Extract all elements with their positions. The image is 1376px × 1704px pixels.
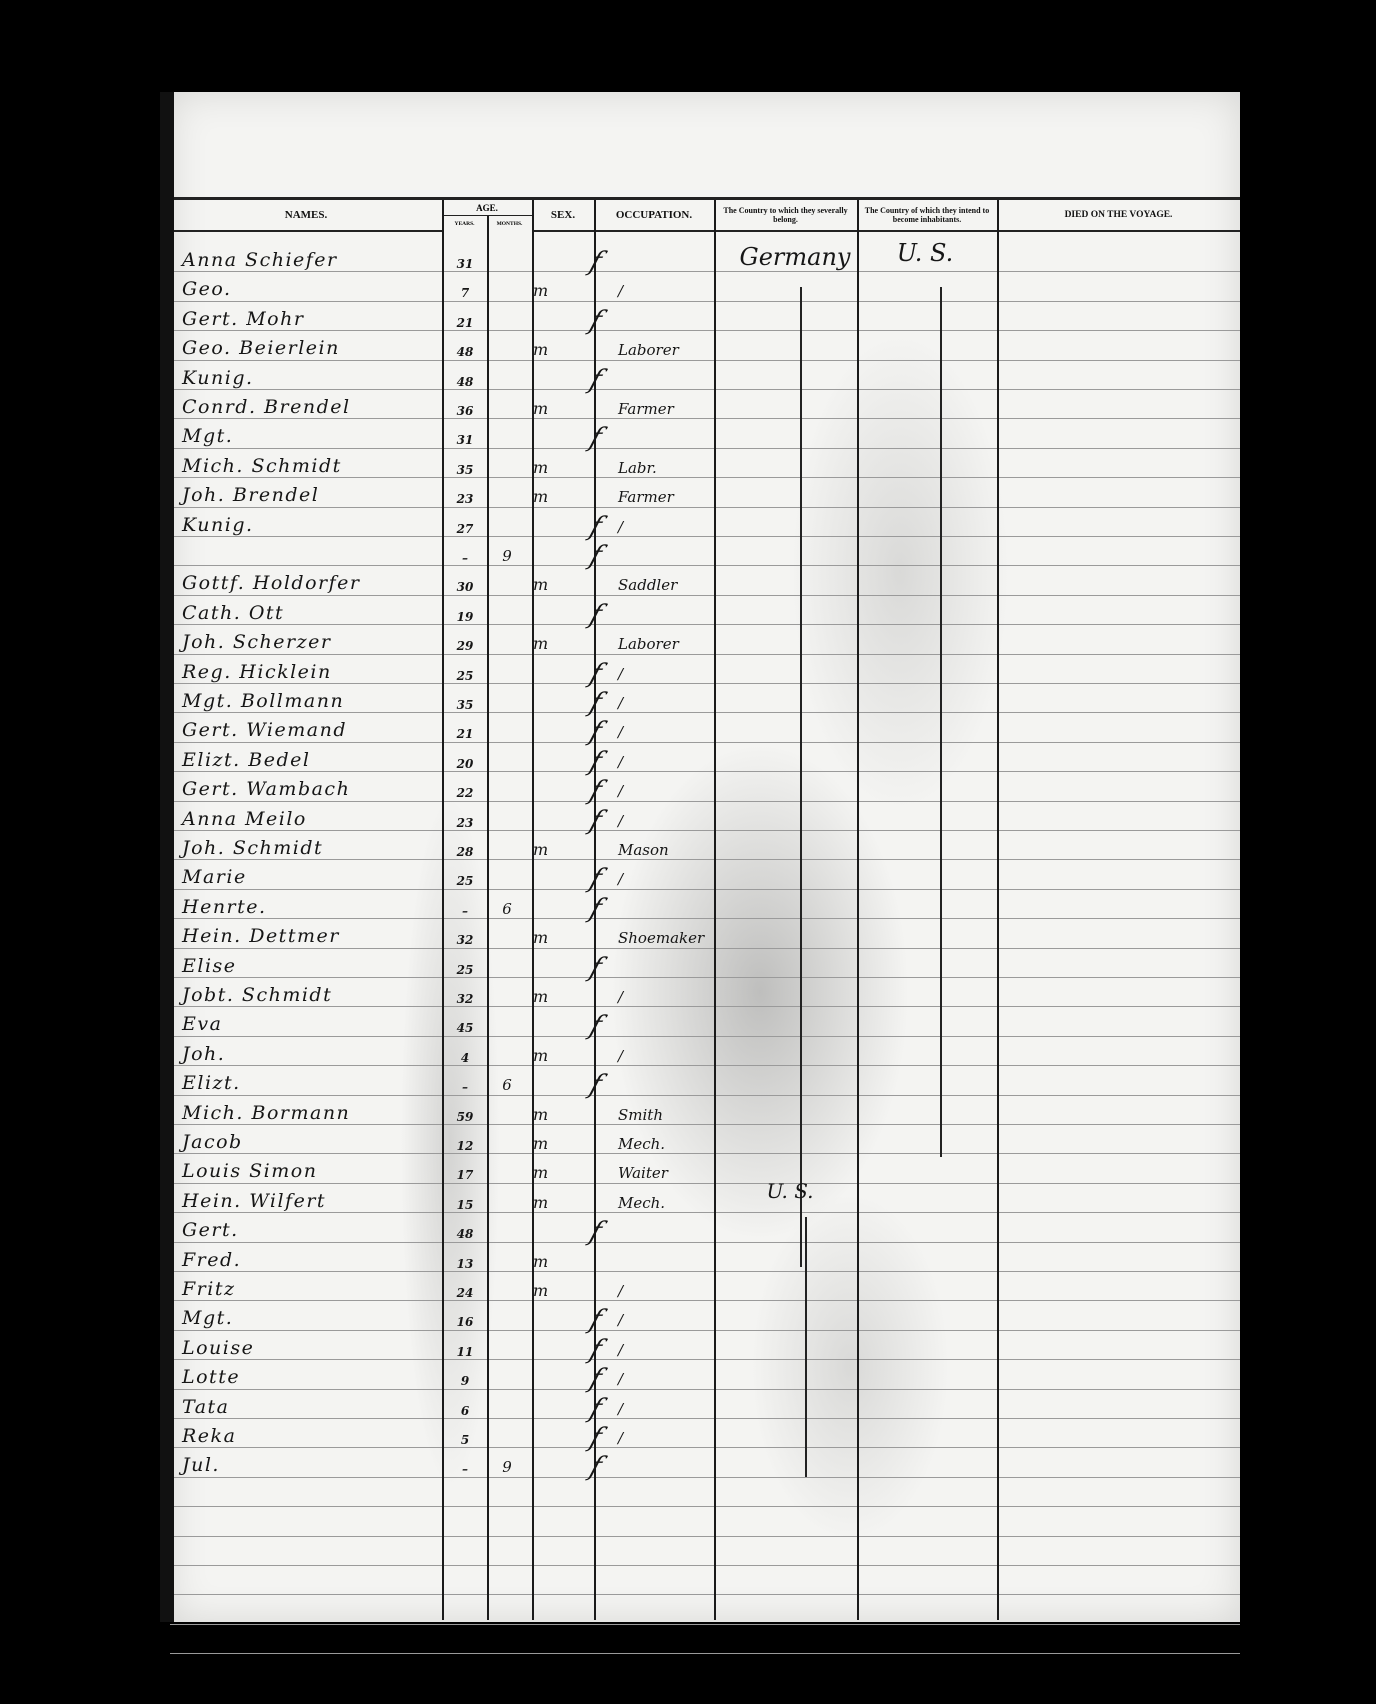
passenger-name: Conrd. Brendel [182, 391, 457, 418]
occupation: / [600, 1038, 735, 1065]
occupation: Mason [600, 832, 735, 859]
passenger-name: Joh. Brendel [182, 479, 457, 506]
passenger-name: Gert. [182, 1214, 457, 1241]
age-months [492, 685, 522, 712]
header-age: AGE. [442, 200, 532, 216]
age-months [492, 656, 522, 683]
passenger-name: Elizt. Bedel [182, 744, 457, 771]
age-years: 21 [450, 303, 480, 330]
table-row: Mgt. Bollmann35f/ [170, 683, 1240, 712]
age-years: 5 [450, 1420, 480, 1447]
ruled-line [170, 1506, 1240, 1507]
age-months [492, 1185, 522, 1212]
age-years: 25 [450, 656, 480, 683]
age-years: 4 [450, 1038, 480, 1065]
age-years: 48 [450, 332, 480, 359]
table-row: Louis Simon17mWaiter [170, 1153, 1240, 1182]
age-years: 24 [450, 1273, 480, 1300]
sex-mark: m [533, 928, 548, 947]
passenger-name: Joh. Scherzer [182, 626, 457, 653]
header-age-months: MONTHS. [487, 216, 532, 232]
table-row: Fred.13m [170, 1242, 1240, 1271]
occupation [600, 1244, 735, 1271]
age-years: – [450, 538, 480, 565]
age-years: 35 [450, 450, 480, 477]
sex-mark: m [533, 340, 548, 359]
age-months: 9 [492, 538, 522, 565]
occupation: Labr. [600, 450, 735, 477]
age-years: 31 [450, 244, 480, 271]
age-months [492, 803, 522, 830]
age-years: 59 [450, 1097, 480, 1124]
table-row: Kunig.27f/ [170, 507, 1240, 536]
occupation [600, 597, 735, 624]
table-row: Conrd. Brendel36mFarmer [170, 389, 1240, 418]
age-months [492, 303, 522, 330]
occupation: Farmer [600, 479, 735, 506]
occupation: / [600, 979, 735, 1006]
passenger-name: Anna Meilo [182, 803, 457, 830]
passenger-name: Gottf. Holdorfer [182, 567, 457, 594]
age-years: – [450, 891, 480, 918]
passenger-name: Elise [182, 950, 457, 977]
age-years: 30 [450, 567, 480, 594]
ruled-line [170, 1594, 1240, 1595]
age-years: 32 [450, 979, 480, 1006]
header-age-years: YEARS. [442, 216, 487, 232]
occupation [600, 1449, 735, 1476]
passenger-name: Fritz [182, 1273, 457, 1300]
age-years: 6 [450, 1391, 480, 1418]
table-row: Gert. Wiemand21f/ [170, 712, 1240, 741]
table-row: Geo.7m/ [170, 271, 1240, 300]
age-months: 6 [492, 1067, 522, 1094]
table-row: Reg. Hicklein25f/ [170, 654, 1240, 683]
age-years: – [450, 1449, 480, 1476]
occupation: Mech. [600, 1126, 735, 1153]
passenger-name: Jacob [182, 1126, 457, 1153]
table-row: Henrte.–6f [170, 889, 1240, 918]
occupation: Laborer [600, 332, 735, 359]
sex-mark: m [533, 634, 548, 653]
table-row: Hein. Wilfert15mMech. [170, 1183, 1240, 1212]
occupation: Waiter [600, 1155, 735, 1182]
occupation: Shoemaker [600, 920, 735, 947]
table-row: Anna Meilo23f/ [170, 801, 1240, 830]
table-row: Lotte9f/ [170, 1359, 1240, 1388]
passenger-name: Marie [182, 861, 457, 888]
table-row: Reka5f/ [170, 1418, 1240, 1447]
table-row: Gottf. Holdorfer30mSaddler [170, 565, 1240, 594]
age-months [492, 1420, 522, 1447]
age-months [492, 979, 522, 1006]
ruled-line [170, 1653, 1240, 1654]
age-months [492, 1332, 522, 1359]
age-months [492, 244, 522, 271]
age-years: 25 [450, 861, 480, 888]
occupation: / [600, 1273, 735, 1300]
age-years: – [450, 1067, 480, 1094]
passenger-name: Jobt. Schmidt [182, 979, 457, 1006]
age-months [492, 362, 522, 389]
table-row: –9f [170, 536, 1240, 565]
passenger-name: Gert. Mohr [182, 303, 457, 330]
table-row: Fritz24m/ [170, 1271, 1240, 1300]
occupation: / [600, 1391, 735, 1418]
age-years: 28 [450, 832, 480, 859]
age-months [492, 420, 522, 447]
occupation: Smith [600, 1097, 735, 1124]
table-row: Mich. Bormann59mSmith [170, 1095, 1240, 1124]
occupation: / [600, 685, 735, 712]
age-years: 27 [450, 509, 480, 536]
occupation [600, 1067, 735, 1094]
age-years: 19 [450, 597, 480, 624]
age-months [492, 950, 522, 977]
sex-mark: m [533, 1105, 548, 1124]
age-months [492, 714, 522, 741]
passenger-name: Hein. Dettmer [182, 920, 457, 947]
age-years: 22 [450, 773, 480, 800]
table-row: Eva45f [170, 1006, 1240, 1035]
age-months [492, 273, 522, 300]
table-row: Jobt. Schmidt32m/ [170, 977, 1240, 1006]
ruled-line [170, 1624, 1240, 1625]
age-months [492, 597, 522, 624]
header-sex: SEX. [532, 200, 594, 232]
table-row: Gert. Wambach22f/ [170, 771, 1240, 800]
age-months [492, 1038, 522, 1065]
age-years: 17 [450, 1155, 480, 1182]
passenger-name: Mgt. Bollmann [182, 685, 457, 712]
passenger-name: Anna Schiefer [182, 244, 457, 271]
age-months [492, 479, 522, 506]
occupation: Farmer [600, 391, 735, 418]
sex-mark: m [533, 1281, 548, 1300]
table-row: Joh.4m/ [170, 1036, 1240, 1065]
occupation: / [600, 273, 735, 300]
occupation [600, 538, 735, 565]
age-months [492, 1097, 522, 1124]
age-months [492, 391, 522, 418]
ruled-line [170, 1565, 1240, 1566]
occupation: Mech. [600, 1185, 735, 1212]
age-years: 13 [450, 1244, 480, 1271]
age-months: 6 [492, 891, 522, 918]
passenger-name: Eva [182, 1008, 457, 1035]
age-months [492, 567, 522, 594]
passenger-name: Reka [182, 1420, 457, 1447]
age-years: 48 [450, 1214, 480, 1241]
passenger-name: Louis Simon [182, 1155, 457, 1182]
age-months [492, 1244, 522, 1271]
occupation: / [600, 656, 735, 683]
age-months [492, 332, 522, 359]
sex-mark: m [533, 281, 548, 300]
passenger-name: Mgt. [182, 1302, 457, 1329]
age-months [492, 1391, 522, 1418]
passenger-name [182, 538, 457, 565]
age-years: 29 [450, 626, 480, 653]
occupation: / [600, 1361, 735, 1388]
occupation [600, 891, 735, 918]
sex-mark: m [533, 1163, 548, 1182]
table-row: Elizt.–6f [170, 1065, 1240, 1094]
passenger-name: Reg. Hicklein [182, 656, 457, 683]
table-row: Jacob12mMech. [170, 1124, 1240, 1153]
occupation [600, 420, 735, 447]
occupation: / [600, 1332, 735, 1359]
passenger-name: Hein. Wilfert [182, 1185, 457, 1212]
age-months [492, 1214, 522, 1241]
passenger-name: Gert. Wiemand [182, 714, 457, 741]
table-row: Marie25f/ [170, 859, 1240, 888]
sex-mark: m [533, 1134, 548, 1153]
age-years: 35 [450, 685, 480, 712]
passenger-name: Fred. [182, 1244, 457, 1271]
table-row: Joh. Schmidt28mMason [170, 830, 1240, 859]
passenger-name: Elizt. [182, 1067, 457, 1094]
table-row: Anna Schiefer31f [170, 242, 1240, 271]
age-years: 7 [450, 273, 480, 300]
sex-mark: m [533, 1046, 548, 1065]
age-years: 32 [450, 920, 480, 947]
table-row: Gert. Mohr21f [170, 301, 1240, 330]
age-years: 16 [450, 1302, 480, 1329]
occupation: / [600, 1302, 735, 1329]
age-months [492, 626, 522, 653]
age-months [492, 1273, 522, 1300]
ruled-line [170, 1536, 1240, 1537]
occupation [600, 950, 735, 977]
age-years: 31 [450, 420, 480, 447]
table-row: Tata6f/ [170, 1389, 1240, 1418]
passenger-name: Gert. Wambach [182, 773, 457, 800]
age-months [492, 861, 522, 888]
table-row: Gert.48f [170, 1212, 1240, 1241]
age-months [492, 832, 522, 859]
header-names: NAMES. [170, 200, 442, 232]
occupation: Saddler [600, 567, 735, 594]
occupation [600, 1214, 735, 1241]
header-occupation: OCCUPATION. [594, 200, 714, 232]
age-months [492, 1126, 522, 1153]
sex-mark: m [533, 840, 548, 859]
sex-mark: m [533, 987, 548, 1006]
sex-mark: m [533, 575, 548, 594]
table-row: Joh. Scherzer29mLaborer [170, 624, 1240, 653]
age-years: 48 [450, 362, 480, 389]
sex-mark: m [533, 1252, 548, 1271]
header-country-intend: The Country of which they intend to beco… [857, 200, 997, 232]
age-years: 23 [450, 803, 480, 830]
occupation: / [600, 773, 735, 800]
age-years: 15 [450, 1185, 480, 1212]
passenger-name: Joh. Schmidt [182, 832, 457, 859]
age-months [492, 773, 522, 800]
passenger-name: Joh. [182, 1038, 457, 1065]
passenger-name: Mich. Schmidt [182, 450, 457, 477]
age-months [492, 1008, 522, 1035]
occupation [600, 303, 735, 330]
passenger-name: Kunig. [182, 509, 457, 536]
ruled-line [170, 1477, 1240, 1478]
age-months [492, 509, 522, 536]
table-row: Louise11f/ [170, 1330, 1240, 1359]
age-years: 11 [450, 1332, 480, 1359]
age-years: 25 [450, 950, 480, 977]
age-years: 9 [450, 1361, 480, 1388]
occupation: / [600, 1420, 735, 1447]
header-died: DIED ON THE VOYAGE. [997, 200, 1240, 232]
age-years: 20 [450, 744, 480, 771]
sex-mark: m [533, 487, 548, 506]
table-row: Mich. Schmidt35mLabr. [170, 448, 1240, 477]
table-row: Elise25f [170, 948, 1240, 977]
passenger-name: Geo. [182, 273, 457, 300]
age-years: 21 [450, 714, 480, 741]
table-row: Cath. Ott19f [170, 595, 1240, 624]
age-years: 12 [450, 1126, 480, 1153]
age-months [492, 450, 522, 477]
occupation: / [600, 861, 735, 888]
table-row: Jul.–9f [170, 1447, 1240, 1476]
table-row: Geo. Beierlein48mLaborer [170, 330, 1240, 359]
occupation [600, 362, 735, 389]
occupation: Laborer [600, 626, 735, 653]
occupation: / [600, 509, 735, 536]
table-row: Mgt.16f/ [170, 1300, 1240, 1329]
occupation [600, 1008, 735, 1035]
passenger-name: Jul. [182, 1449, 457, 1476]
page-edge [160, 92, 174, 1622]
age-months [492, 744, 522, 771]
passenger-name: Mgt. [182, 420, 457, 447]
sex-mark: m [533, 399, 548, 418]
table-row: Joh. Brendel23mFarmer [170, 477, 1240, 506]
age-years: 23 [450, 479, 480, 506]
table-row: Kunig.48f [170, 360, 1240, 389]
passenger-name: Kunig. [182, 362, 457, 389]
age-months [492, 1302, 522, 1329]
table-row: Elizt. Bedel20f/ [170, 742, 1240, 771]
header-country-belong: The Country to which they severally belo… [714, 200, 857, 232]
age-months: 9 [492, 1449, 522, 1476]
passenger-name: Henrte. [182, 891, 457, 918]
occupation: / [600, 803, 735, 830]
sex-mark: m [533, 458, 548, 477]
occupation: / [600, 744, 735, 771]
occupation [600, 244, 735, 271]
age-months [492, 1155, 522, 1182]
occupation: / [600, 714, 735, 741]
age-months [492, 1361, 522, 1388]
table-row: Mgt.31f [170, 418, 1240, 447]
passenger-name: Lotte [182, 1361, 457, 1388]
sex-mark: m [533, 1193, 548, 1212]
age-years: 45 [450, 1008, 480, 1035]
passenger-name: Louise [182, 1332, 457, 1359]
manifest-page: NAMES. AGE. YEARS. MONTHS. SEX. OCCUPATI… [170, 92, 1240, 1622]
age-months [492, 920, 522, 947]
table-row: Hein. Dettmer32mShoemaker [170, 918, 1240, 947]
passenger-name: Mich. Bormann [182, 1097, 457, 1124]
passenger-name: Tata [182, 1391, 457, 1418]
passenger-name: Cath. Ott [182, 597, 457, 624]
passenger-name: Geo. Beierlein [182, 332, 457, 359]
age-years: 36 [450, 391, 480, 418]
